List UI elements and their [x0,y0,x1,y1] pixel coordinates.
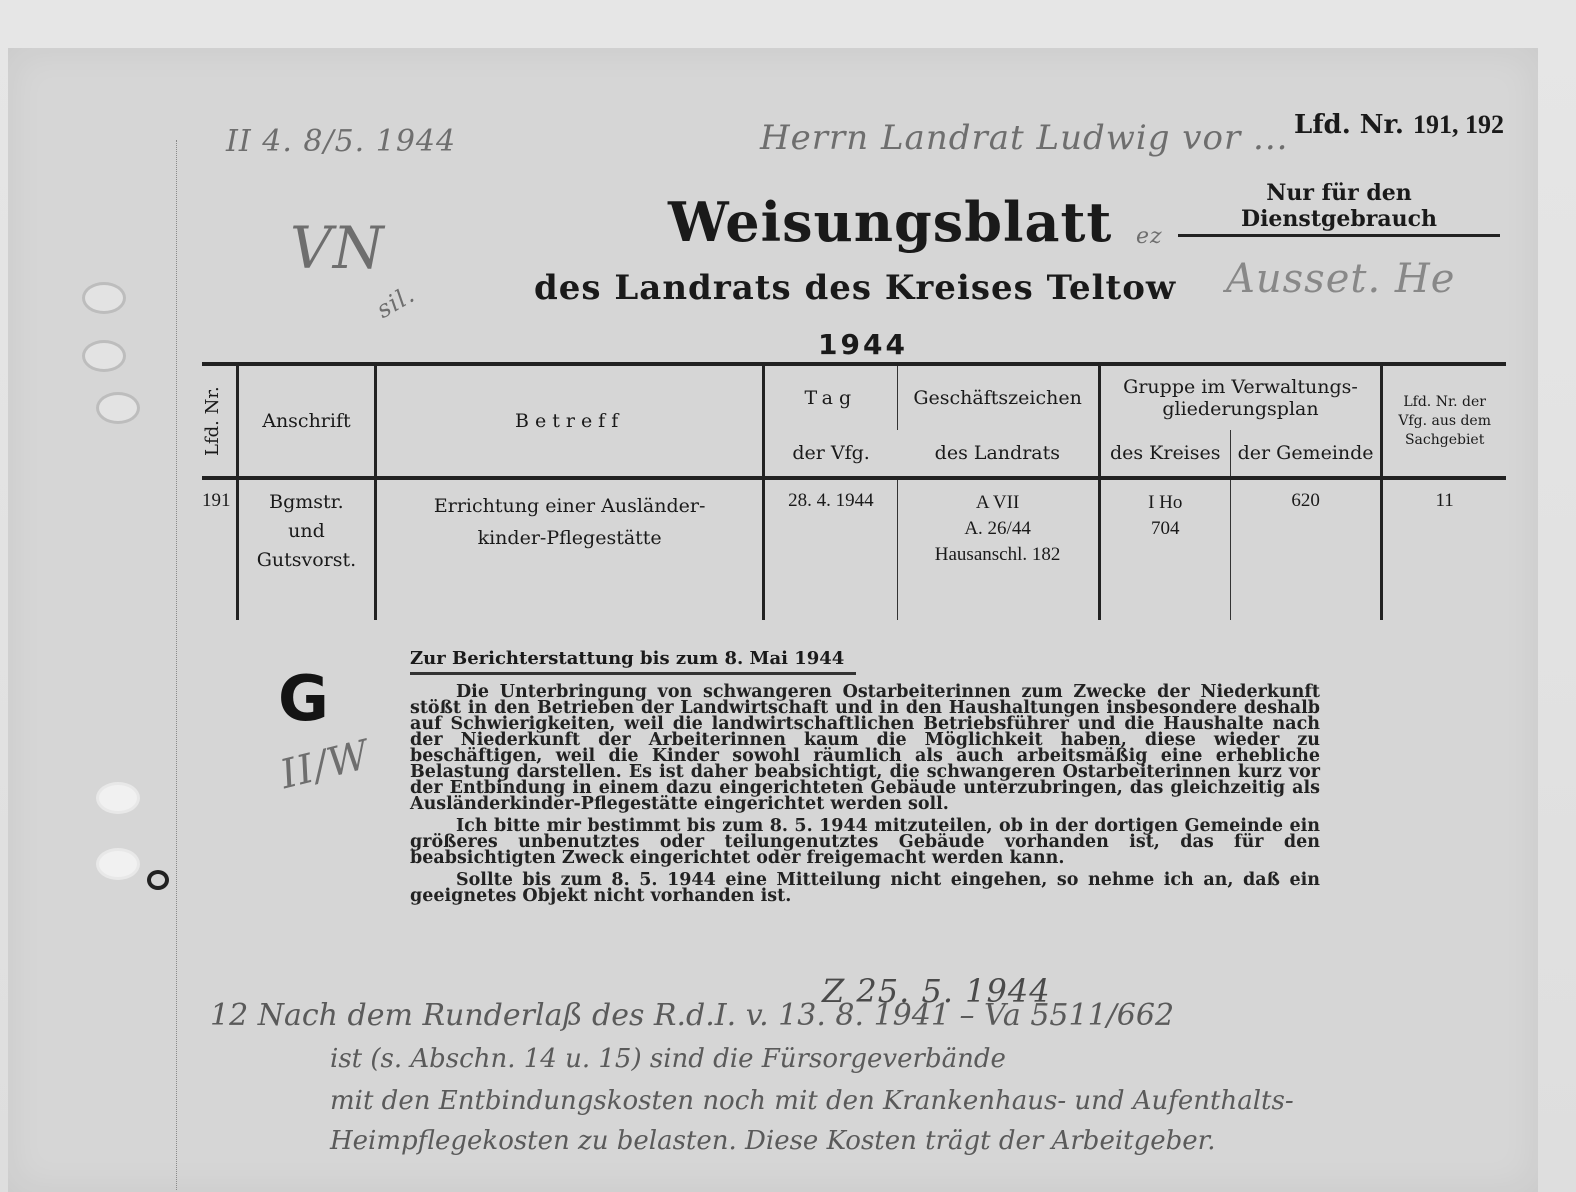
header-anschrift: Anschrift [237,364,375,478]
handwritten-line-1: 12 Nach dem Runderlaß des R.d.I. v. 13. … [210,998,1174,1033]
header-tag: Tag [764,364,897,430]
gz-line-1: A VII [898,490,1098,516]
kreis-line-2: 704 [1101,516,1230,542]
section-heading: Zur Berichterstattung bis zum 8. Mai 194… [410,648,856,675]
paragraph-2: Ich bitte mir bestimmt bis zum 8. 5. 194… [410,818,1320,866]
punch-hole-filled [96,782,140,814]
annotation-right-margin: Ausset. He [1226,256,1455,302]
reference-number-values: 191, 192 [1413,110,1504,139]
annotation-mark-near-title: ez [1136,224,1163,249]
cell-gemeinde: 620 [1230,478,1381,620]
reference-number: Lfd. Nr. 191, 192 [1294,110,1504,140]
header-lfd-nr: Lfd. Nr. [202,364,237,478]
punch-hole-filled [96,848,140,880]
header-tag-sub: der Vfg. [764,430,897,478]
paragraph-3: Sollte bis zum 8. 5. 1944 eine Mitteilun… [410,872,1320,904]
service-use-notice: Nur für den Dienstgebrauch [1178,180,1500,237]
margin-guide-line [176,140,177,1190]
cell-anschrift: Bgmstr. und Gutsvorst. [237,478,375,620]
document-subtitle: des Landrats des Kreises Teltow [534,268,1176,308]
punch-hole [82,340,126,372]
gz-line-2: A. 26/44 [898,516,1098,542]
registry-table: Lfd. Nr. Anschrift Betreff Tag Geschäfts… [202,362,1506,620]
annotation-initials: VN [290,214,385,282]
handwritten-line-3: mit den Entbindungskosten noch mit den K… [330,1086,1294,1116]
header-gz-sub: des Landrats [897,430,1099,478]
header-kreis: des Kreises [1099,430,1230,478]
header-gruppe: Gruppe im Verwaltungs-gliederungsplan [1099,364,1382,430]
annotation-top-center: Herrn Landrat Ludwig vor ... [760,118,1288,158]
cell-lfd-nr: 191 [202,478,237,620]
handwritten-line-2: ist (s. Abschn. 14 u. 15) sind die Fürso… [330,1044,1006,1074]
handwritten-line-4: Heimpflegekosten zu belasten. Diese Kost… [330,1126,1216,1156]
table-row: 191 Bgmstr. und Gutsvorst. Errichtung ei… [202,478,1506,620]
document-title: Weisungsblatt [668,190,1112,254]
cell-kreis: I Ho 704 [1099,478,1230,620]
header-geschaeftszeichen: Geschäftszeichen [897,364,1099,430]
cell-betreff: Errichtung einer Ausländer-kinder-Pflege… [376,478,764,620]
cell-geschaeftszeichen: A VII A. 26/44 Hausanschl. 182 [897,478,1099,620]
header-gemeinde: der Gemeinde [1230,430,1381,478]
document-year: 1944 [818,328,908,361]
punch-hole [82,282,126,314]
body-text: Die Unterbringung von schwangeren Ostarb… [410,684,1320,910]
header-sachgebiet: Lfd. Nr. der Vfg. aus dem Sachgebiet [1382,364,1506,478]
gz-line-3: Hausanschl. 182 [898,542,1098,568]
paragraph-1: Die Unterbringung von schwangeren Ostarb… [410,684,1320,812]
punch-hole [96,392,140,424]
kreis-line-1: I Ho [1101,490,1230,516]
cell-sachgebiet: 11 [1382,478,1506,620]
reference-number-label: Lfd. Nr. [1294,110,1404,140]
category-marker-g: G [278,662,329,735]
annotation-top-left: II 4. 8/5. 1944 [226,124,456,159]
header-betreff: Betreff [376,364,764,478]
ring-mark [147,870,169,890]
cell-tag: 28. 4. 1944 [764,478,897,620]
